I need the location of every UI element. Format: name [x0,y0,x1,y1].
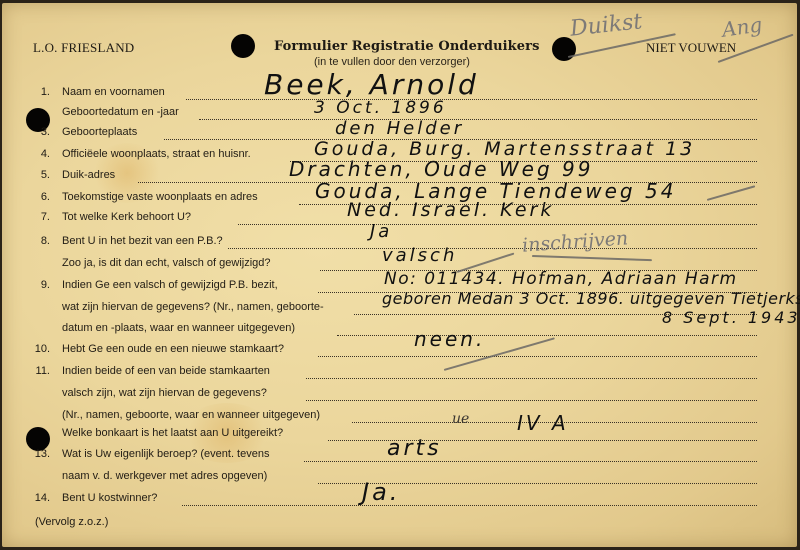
form-row: 10.Hebt Ge een oude en een nieuwe stamka… [2,341,797,361]
answer-line [182,505,757,506]
pencil-note-top-left: Duikst [569,9,644,41]
handwritten-answer: Beek, Arnold [264,68,479,101]
question-number: 4. [22,148,50,160]
handwritten-answer: IV A [517,411,569,435]
punch-hole [231,34,255,58]
question-label: Duik-adres [62,169,115,181]
question-number: 7. [22,211,50,223]
form-row: datum en -plaats, waar en wanneer uitgeg… [2,320,797,340]
do-not-fold-notice: NIET VOUWEN [646,40,736,56]
handwritten-answer: arts [387,436,442,461]
question-label: valsch zijn, wat zijn hiervan de gegeven… [62,387,267,399]
continued-overleaf-note: (Vervolg z.o.z.) [35,516,108,528]
question-label: Welke bonkaart is het laatst aan U uitge… [62,427,283,439]
question-label: Officiëele woonplaats, straat en huisnr. [62,148,251,160]
question-label: Geboorteplaats [62,126,137,138]
question-number: 6. [22,191,50,203]
form-title: Formulier Registratie Onderduikers [274,39,540,54]
form-row: 7.Tot welke Kerk behoort U?Ned. Israel. … [2,209,797,229]
question-label: Wat is Uw eigenlijk beroep? (event. teve… [62,448,269,460]
pencil-note-top-right: Ang [721,12,764,41]
question-label: Bent U kostwinner? [62,492,157,504]
question-number: 9. [22,279,50,291]
handwritten-answer: No: 011434. Hofman, Adriaan Harm [384,269,738,289]
question-number: 3. [22,126,50,138]
form-subtitle: (in te vullen door den verzorger) [314,56,470,68]
handwritten-answer: 3 Oct. 1896 [314,98,447,118]
answer-line [304,461,757,462]
question-label: Geboortedatum en -jaar [62,106,179,118]
question-label: Indien beide of een van beide stamkaarte… [62,365,270,377]
question-label: Bent U in het bezit van een P.B.? [62,235,223,247]
handwritten-answer: den Helder [335,118,464,139]
handwritten-answer: Ned. Israel. Kerk [347,199,554,221]
registration-card: L.O. FRIESLAND Formulier Registratie Ond… [2,3,797,547]
handwritten-answer: valsch [382,245,457,266]
question-label: datum en -plaats, waar en wanneer uitgeg… [62,322,295,334]
form-row: 13.Wat is Uw eigenlijk beroep? (event. t… [2,446,797,466]
question-number: 8. [22,235,50,247]
question-number: 5. [22,169,50,181]
question-label: wat zijn hiervan de gegevens? (Nr., name… [62,301,324,313]
organization-label: L.O. FRIESLAND [33,40,134,56]
answer-line [306,378,757,379]
question-label: Hebt Ge een oude en een nieuwe stamkaart… [62,343,284,355]
handwritten-answer: 8 Sept. 1943 [662,308,800,327]
form-row: 14.Bent U kostwinner?Ja. [2,490,797,510]
handwritten-answer: Ja. [362,478,400,506]
handwritten-answer: geboren Medan 3 Oct. 1896. uitgegeven Ti… [382,289,800,308]
form-row: valsch zijn, wat zijn hiervan de gegeven… [2,385,797,405]
question-number: 11. [22,365,50,377]
handwritten-answer: neen. [414,327,485,351]
answer-line [238,224,757,225]
form-row: (Nr., namen, geboorte, waar en wanneer u… [2,407,797,427]
answer-line [199,119,757,120]
pencil-note-bonkaart: ue [452,411,469,427]
answer-line [318,356,757,357]
answer-line [337,335,757,336]
form-row: 11.Indien beide of een van beide stamkaa… [2,363,797,383]
question-label: naam v. d. werkgever met adres opgeven) [62,470,267,482]
question-label: Naam en voornamen [62,86,165,98]
answer-line [228,248,757,249]
question-label: Indien Ge een valsch of gewijzigd P.B. b… [62,279,278,291]
question-number: 10. [22,343,50,355]
answer-line [306,400,757,401]
handwritten-answer: Ja [370,221,392,242]
question-label: (Nr., namen, geboorte, waar en wanneer u… [62,409,320,421]
question-label: Toekomstige vaste woonplaats en adres [62,191,258,203]
question-number: 14. [22,492,50,504]
question-label: Tot welke Kerk behoort U? [62,211,191,223]
handwritten-answer: Drachten, Oude Weg 99 [289,157,593,181]
question-number: 13. [22,448,50,460]
question-label: Zoo ja, is dit dan echt, valsch of gewij… [62,257,271,269]
question-number: 1. [22,86,50,98]
